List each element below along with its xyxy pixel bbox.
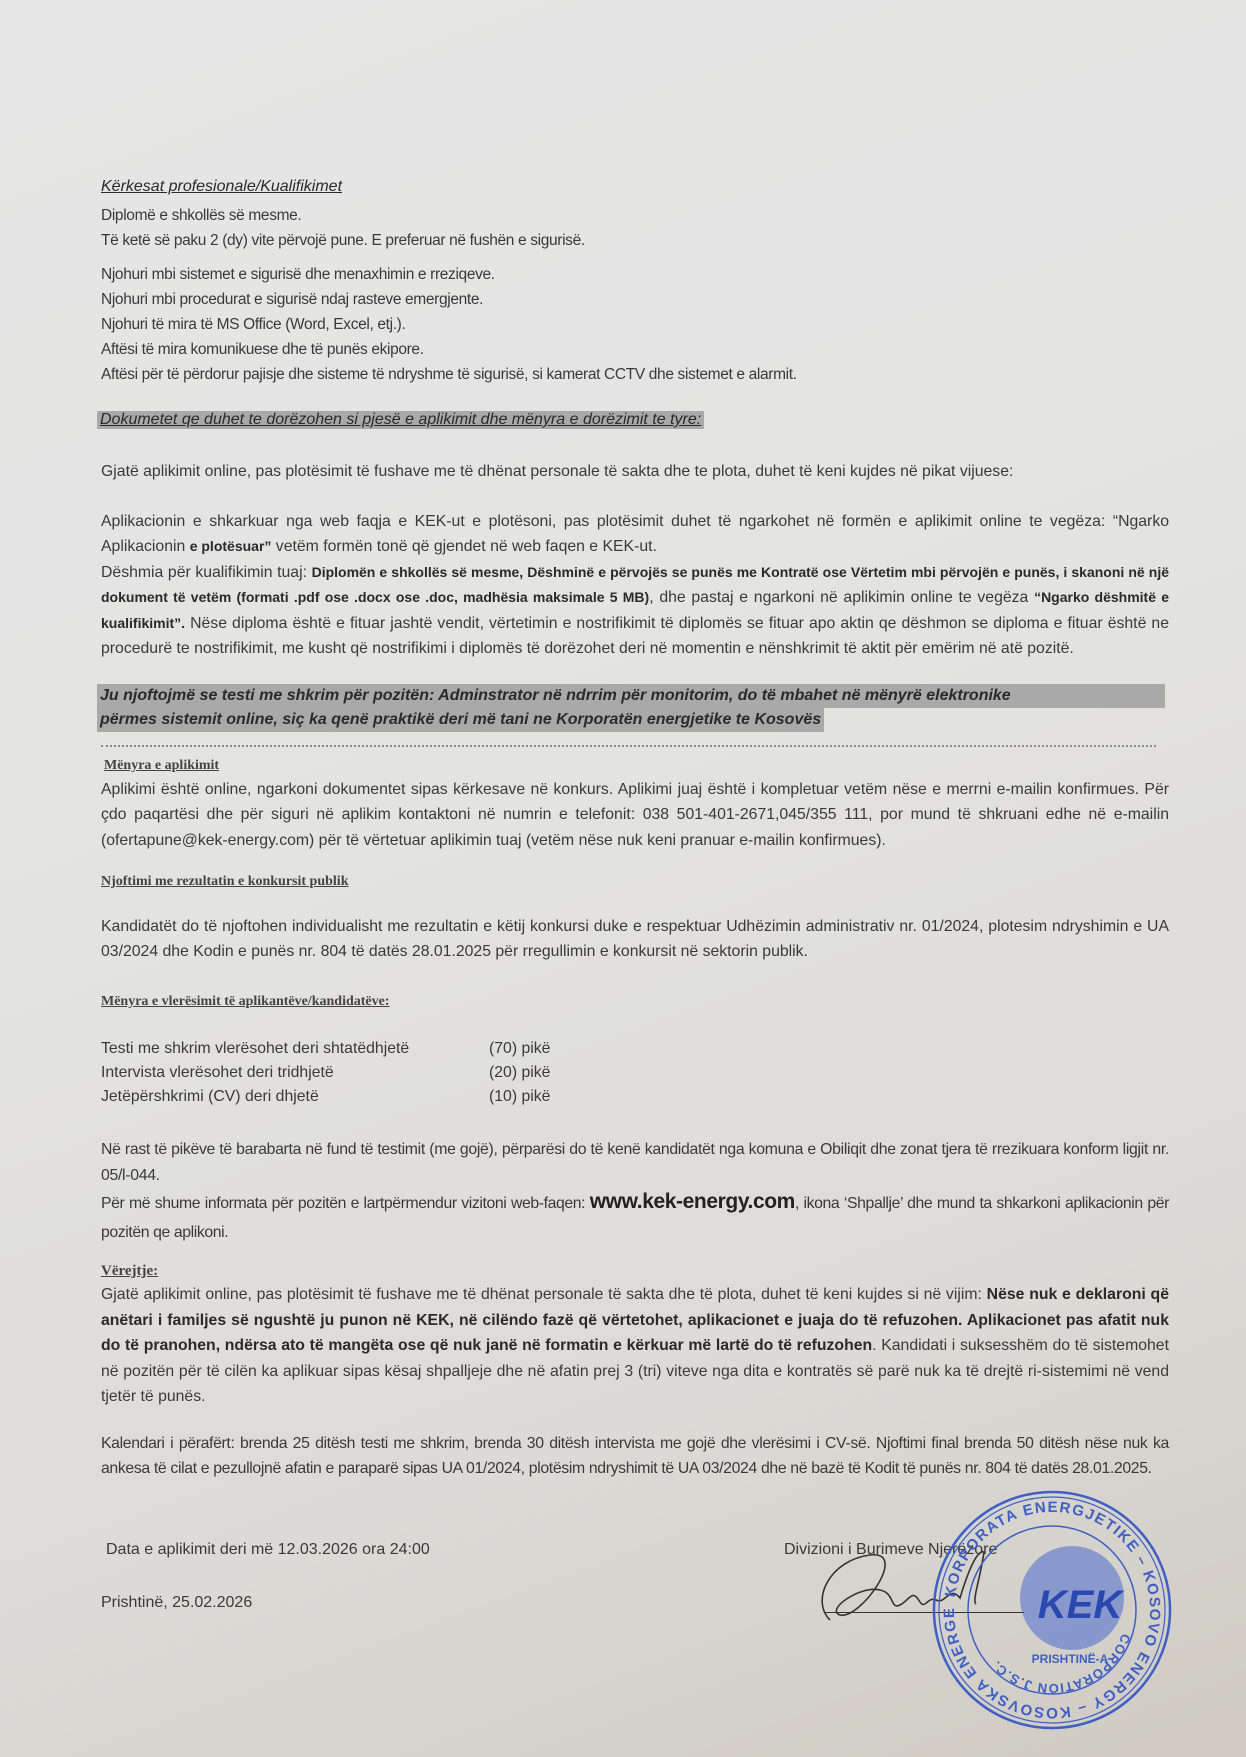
kek-logo: KEK [1038,1583,1126,1627]
requirement-line: Aftësi për të përdorur pajisje dhe siste… [101,362,797,387]
requirement-line: Aftësi të mira komunikuese dhe të punës … [101,337,797,362]
tie-break-text: Në rast të pikëve të barabarta në fund t… [101,1137,1169,1189]
place-date: Prishtinë, 25.02.2026 [101,1590,252,1616]
stamp-city: PRISHTINË-A [1032,1651,1109,1666]
evaluation-row: Jetëpërshkrimi (CV) deri dhjetë(10) pikë [101,1085,550,1109]
document-page: Kërkesat profesionale/Kualifikimet Diplo… [0,0,1246,1757]
application-deadline: Data e aplikimit deri më 12.03.2026 ora … [106,1537,430,1563]
requirements-heading: Kërkesat profesionale/Kualifikimet [101,178,342,196]
results-text: Kandidatët do të njoftohen individualish… [101,914,1169,965]
requirements-group2: Njohuri mbi sistemet e sigurisë dhe mena… [101,262,797,387]
requirements-group1: Diplomë e shkollës së mesme. Të ketë së … [101,203,585,253]
evaluation-row: Intervista vlerësohet deri tridhjetë(20)… [101,1061,550,1085]
requirement-line: Të ketë së paku 2 (dy) vite përvojë pune… [101,228,585,253]
requirement-line: Njohuri mbi procedurat e sigurisë ndaj r… [101,287,797,312]
requirement-line: Njohuri mbi sistemet e sigurisë dhe mena… [101,262,797,287]
website-link[interactable]: www.kek-energy.com [590,1190,795,1213]
evaluation-heading: Mënyra e vlerësimit të aplikantëve/kandi… [101,994,390,1010]
requirement-line: Diplomë e shkollës së mesme. [101,203,585,228]
calendar-text: Kalendari i përafërt: brenda 25 ditësh t… [101,1432,1169,1481]
documents-application-paragraph: Aplikacionin e shkarkuar nga web faqja e… [101,509,1169,560]
dotted-divider [101,745,1156,747]
evaluation-row: Testi me shkrim vlerësohet deri shtatëdh… [101,1037,550,1061]
requirement-line: Njohuri të mira të MS Office (Word, Exce… [101,312,797,337]
more-info-text: Për më shume informata për pozitën e lar… [101,1187,1169,1247]
documents-intro: Gjatë aplikimit online, pas plotësimit t… [101,459,1169,484]
documents-proof-paragraph: Dëshmia për kualifikimin tuaj: Diplomën … [101,560,1169,661]
application-method-heading: Mënyra e aplikimit [104,758,219,774]
remarks-text: Gjatë aplikimit online, pas plotësimit t… [101,1282,1169,1410]
company-stamp-icon: KORPORATA ENERGJETIKE – KOSOVO ENERGY – … [930,1488,1174,1732]
application-method-text: Aplikimi është online, ngarkoni dokument… [101,777,1169,853]
results-heading: Njoftimi me rezultatin e konkursit publi… [101,874,348,890]
test-notice: Ju njoftojmë se testi me shkrim për pozi… [97,684,1165,732]
remarks-heading: Vërejtje: [101,1263,158,1280]
documents-heading: Dokumetet qe duhet te dorëzohen si pjesë… [97,411,704,429]
